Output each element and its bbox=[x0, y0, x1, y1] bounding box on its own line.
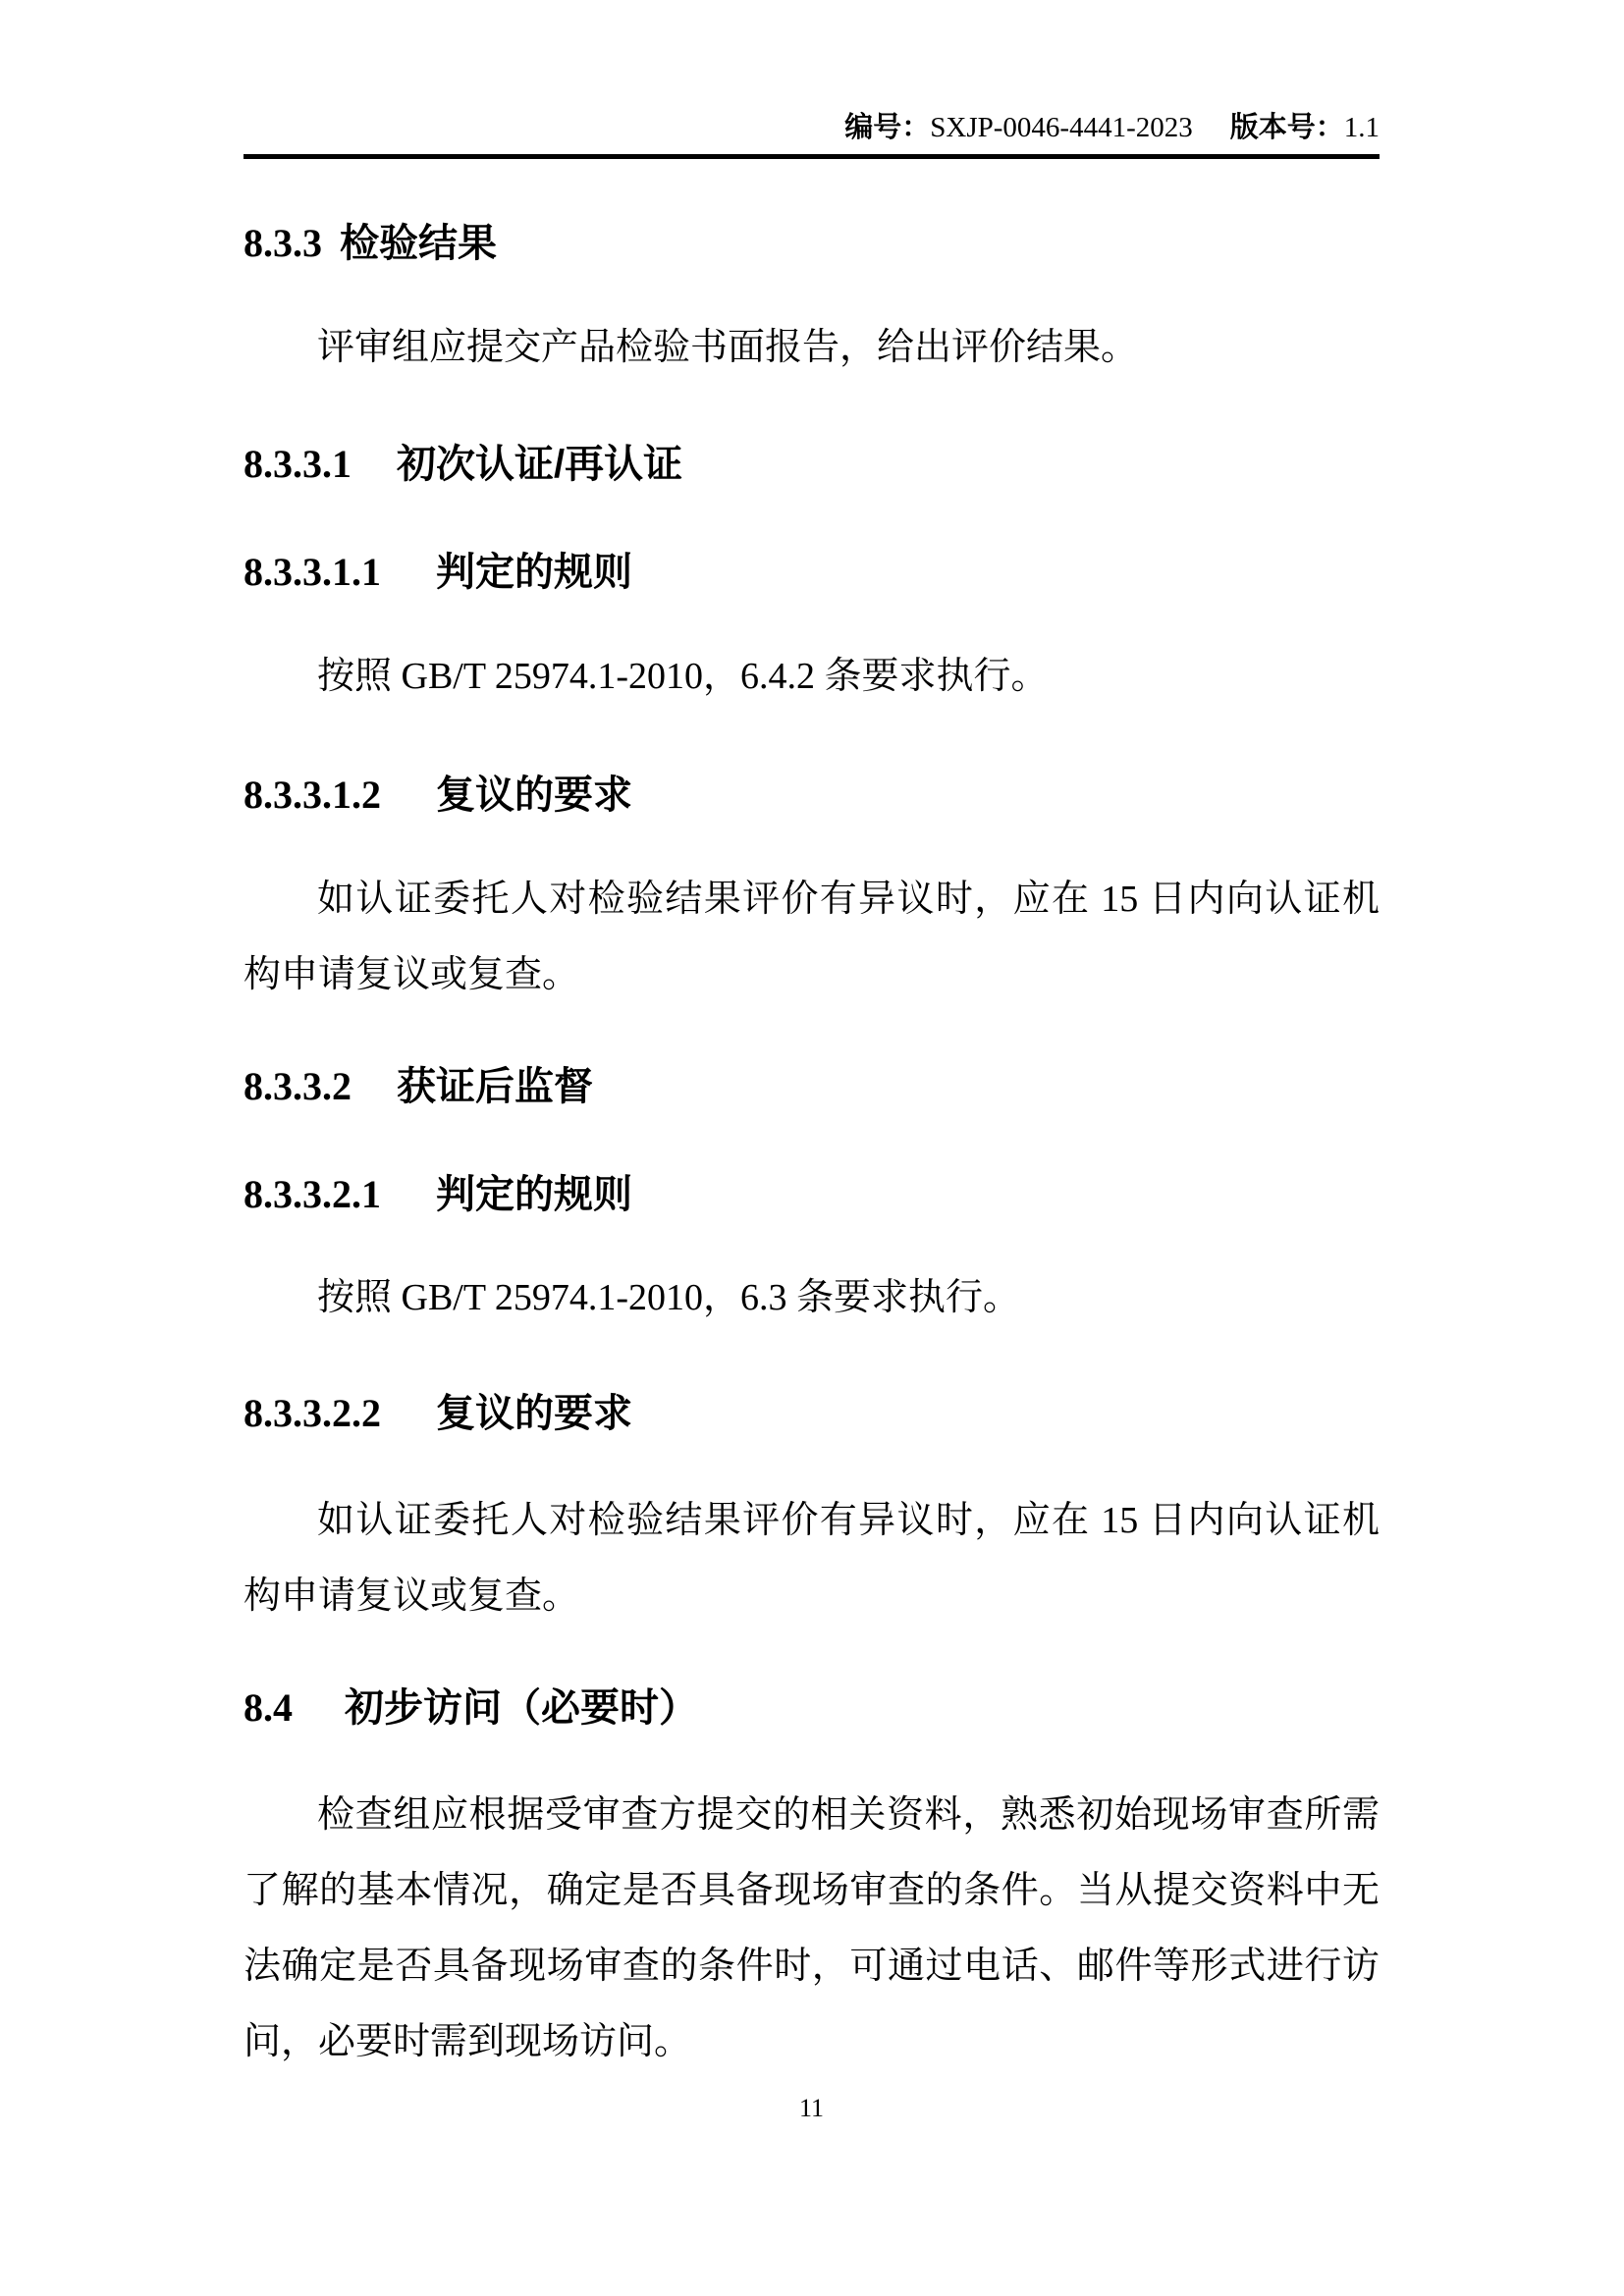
section-heading-8-3-3-2-2: 8.3.3.2.2复议的要求 bbox=[244, 1389, 1380, 1438]
paragraph: 评审组应提交产品检验书面报告，给出评价结果。 bbox=[244, 310, 1380, 386]
paragraph-line: 评审组应提交产品检验书面报告，给出评价结果。 bbox=[244, 310, 1380, 386]
heading-number: 8.3.3 bbox=[244, 219, 322, 268]
section-heading-8-3-3-1-1: 8.3.3.1.1判定的规则 bbox=[244, 548, 1380, 597]
header-divider-rule bbox=[244, 154, 1380, 159]
paragraph: 如认证委托人对检验结果评价有异议时，应在 15 日内向认证机 构申请复议或复查。 bbox=[244, 862, 1380, 1013]
paragraph-line: 按照 GB/T 25974.1-2010，6.4.2 条要求执行。 bbox=[244, 639, 1380, 715]
section-heading-8-3-3-2: 8.3.3.2获证后监督 bbox=[244, 1062, 1380, 1111]
document-page: 编号：SXJP-0046-4441-2023版本号：1.1 8.3.3检验结果 … bbox=[0, 0, 1624, 2296]
paragraph-line: 如认证委托人对检验结果评价有异议时，应在 15 日内向认证机 bbox=[244, 1483, 1380, 1559]
heading-title: 复议的要求 bbox=[436, 1389, 632, 1438]
section-heading-8-3-3: 8.3.3检验结果 bbox=[244, 219, 1380, 268]
heading-number: 8.3.3.2.2 bbox=[244, 1389, 381, 1438]
heading-title: 检验结果 bbox=[340, 219, 497, 268]
heading-number: 8.3.3.1.2 bbox=[244, 771, 381, 820]
paragraph: 按照 GB/T 25974.1-2010，6.4.2 条要求执行。 bbox=[244, 639, 1380, 715]
version-value: 1.1 bbox=[1344, 112, 1380, 143]
heading-number: 8.3.3.1 bbox=[244, 440, 352, 489]
section-heading-8-3-3-1: 8.3.3.1初次认证/再认证 bbox=[244, 440, 1380, 489]
paragraph-line: 如认证委托人对检验结果评价有异议时，应在 15 日内向认证机 bbox=[244, 862, 1380, 937]
heading-title: 初步访问（必要时） bbox=[345, 1683, 698, 1733]
heading-number: 8.3.3.1.1 bbox=[244, 548, 381, 597]
paragraph: 检查组应根据受审查方提交的相关资料，熟悉初始现场审查所需 了解的基本情况，确定是… bbox=[244, 1778, 1380, 2080]
heading-number: 8.4 bbox=[244, 1683, 293, 1733]
paragraph-line: 问，必要时需到现场访问。 bbox=[244, 2004, 1380, 2080]
heading-title: 复议的要求 bbox=[436, 771, 632, 820]
paragraph-line: 按照 GB/T 25974.1-2010，6.3 条要求执行。 bbox=[244, 1260, 1380, 1336]
heading-title: 判定的规则 bbox=[436, 548, 632, 597]
page-header: 编号：SXJP-0046-4441-2023版本号：1.1 bbox=[244, 110, 1380, 145]
paragraph-line: 构申请复议或复查。 bbox=[244, 937, 1380, 1013]
paragraph-line: 构申请复议或复查。 bbox=[244, 1559, 1380, 1634]
paragraph-line: 法确定是否具备现场审查的条件时，可通过电话、邮件等形式进行访 bbox=[244, 1929, 1380, 2004]
heading-number: 8.3.3.2.1 bbox=[244, 1170, 381, 1219]
paragraph: 按照 GB/T 25974.1-2010，6.3 条要求执行。 bbox=[244, 1260, 1380, 1336]
heading-title: 获证后监督 bbox=[397, 1062, 593, 1111]
paragraph: 如认证委托人对检验结果评价有异议时，应在 15 日内向认证机 构申请复议或复查。 bbox=[244, 1483, 1380, 1634]
heading-title: 判定的规则 bbox=[436, 1170, 632, 1219]
doc-number: SXJP-0046-4441-2023 bbox=[930, 112, 1192, 143]
page-number: 11 bbox=[244, 2093, 1380, 2124]
section-heading-8-3-3-2-1: 8.3.3.2.1判定的规则 bbox=[244, 1170, 1380, 1219]
section-heading-8-3-3-1-2: 8.3.3.1.2复议的要求 bbox=[244, 771, 1380, 820]
version-label: 版本号： bbox=[1230, 112, 1344, 143]
heading-number: 8.3.3.2 bbox=[244, 1062, 352, 1111]
paragraph-line: 检查组应根据受审查方提交的相关资料，熟悉初始现场审查所需 bbox=[244, 1778, 1380, 1853]
doc-number-label: 编号： bbox=[844, 112, 930, 143]
section-heading-8-4: 8.4初步访问（必要时） bbox=[244, 1683, 1380, 1733]
paragraph-line: 了解的基本情况，确定是否具备现场审查的条件。当从提交资料中无 bbox=[244, 1853, 1380, 1929]
heading-title: 初次认证/再认证 bbox=[397, 440, 682, 489]
